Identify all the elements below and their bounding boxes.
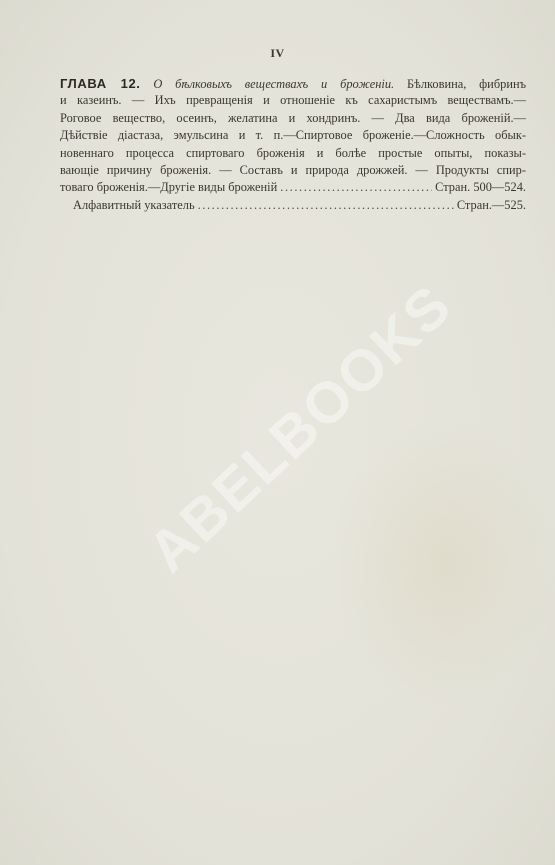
chapter-label: ГЛАВА 12.: [60, 76, 141, 91]
chapter-summary-line: Дѣйствіе діастаза, эмульсина и т. п.—Спи…: [60, 127, 526, 144]
dot-leader: [280, 179, 432, 196]
chapter-summary-text: товаго броженія.—Другіе виды броженій: [60, 179, 277, 196]
chapter-summary-line: и казеинъ. — Ихъ превращенія и отношеніе…: [60, 92, 526, 109]
chapter-summary-line: Роговое вещество, осеинъ, желатина и хон…: [60, 110, 526, 127]
book-page: IV ГЛАВА 12. О бѣлковыхъ веществахъ и бр…: [0, 0, 555, 865]
watermark: ABELBOOKS: [102, 240, 499, 616]
chapter-12-heading-line: ГЛАВА 12. О бѣлковыхъ веществахъ и броже…: [60, 75, 526, 92]
chapter-summary-text: Бѣлковина, фибринъ: [407, 77, 526, 91]
chapter-page-range: Стран. 500—524.: [435, 179, 526, 196]
chapter-summary-line: вающіе причину броженія. — Составъ и при…: [60, 162, 526, 179]
index-entry: Алфавитный указатель Стран.—525.: [60, 197, 526, 214]
table-of-contents: ГЛАВА 12. О бѣлковыхъ веществахъ и броже…: [60, 75, 526, 214]
chapter-summary-last-line: товаго броженія.—Другіе виды броженій Ст…: [60, 179, 526, 196]
chapter-summary-line: новеннаго процесса спиртоваго броженія и…: [60, 145, 526, 162]
page-number: IV: [0, 46, 555, 61]
chapter-title: О бѣлковыхъ веществахъ и броженіи.: [153, 77, 394, 91]
index-label: Алфавитный указатель: [73, 197, 195, 214]
index-page-ref: Стран.—525.: [457, 197, 526, 214]
dot-leader: [198, 197, 454, 214]
